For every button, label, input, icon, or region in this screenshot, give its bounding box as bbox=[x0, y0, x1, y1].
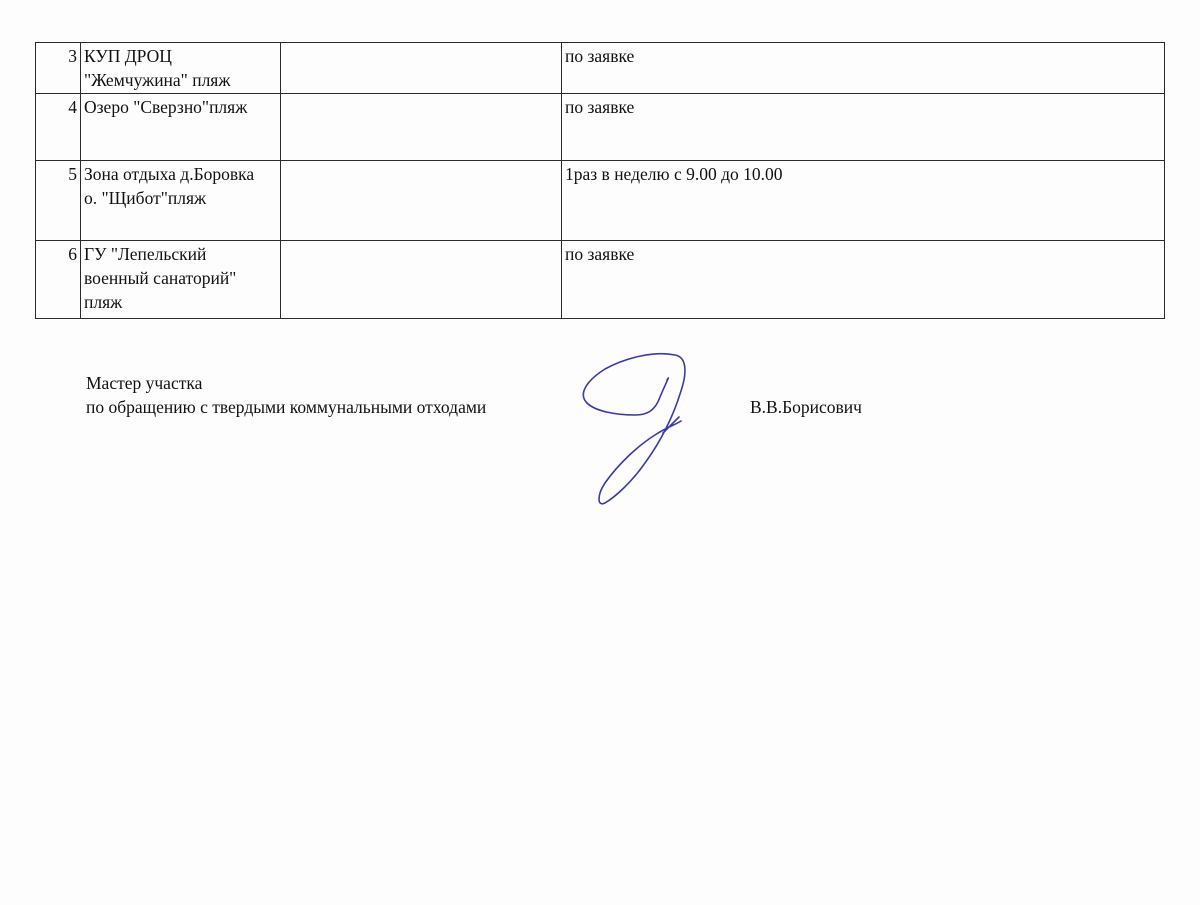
location-line: ГУ "Лепельский bbox=[84, 242, 277, 266]
position-line-1: Мастер участка bbox=[86, 371, 486, 395]
table-row: 5 Зона отдыха д.Боровка о. "Щибот"пляж 1… bbox=[36, 161, 1165, 241]
location-line: Зона отдыха д.Боровка bbox=[84, 162, 277, 186]
location-line: Озеро "Сверзно"пляж bbox=[84, 95, 277, 119]
table-row: 4 Озеро "Сверзно"пляж по заявке bbox=[36, 94, 1165, 161]
row-number: 3 bbox=[36, 43, 81, 94]
row-number: 4 bbox=[36, 94, 81, 161]
location-line: военный санаторий" bbox=[84, 266, 277, 290]
row-number: 5 bbox=[36, 161, 81, 241]
row-schedule: 1раз в неделю с 9.00 до 10.00 bbox=[562, 161, 1165, 241]
row-location: КУП ДРОЦ "Жемчужина" пляж bbox=[81, 43, 281, 94]
row-location: Озеро "Сверзно"пляж bbox=[81, 94, 281, 161]
row-location: ГУ "Лепельский военный санаторий" пляж bbox=[81, 241, 281, 319]
signature-stroke bbox=[583, 354, 685, 504]
handwritten-signature bbox=[575, 345, 705, 515]
position-line-2: по обращению с твердыми коммунальными от… bbox=[86, 395, 486, 419]
row-empty-cell bbox=[281, 43, 562, 94]
row-number: 6 bbox=[36, 241, 81, 319]
location-line: пляж bbox=[84, 290, 277, 314]
row-location: Зона отдыха д.Боровка о. "Щибот"пляж bbox=[81, 161, 281, 241]
signatory-name: В.В.Борисович bbox=[750, 395, 862, 419]
row-empty-cell bbox=[281, 94, 562, 161]
row-schedule: по заявке bbox=[562, 94, 1165, 161]
table-row: 3 КУП ДРОЦ "Жемчужина" пляж по заявке bbox=[36, 43, 1165, 94]
row-schedule: по заявке bbox=[562, 43, 1165, 94]
row-empty-cell bbox=[281, 161, 562, 241]
schedule-table: 3 КУП ДРОЦ "Жемчужина" пляж по заявке 4 … bbox=[35, 42, 1165, 319]
location-line: о. "Щибот"пляж bbox=[84, 186, 277, 210]
row-schedule: по заявке bbox=[562, 241, 1165, 319]
signatory-position: Мастер участка по обращению с твердыми к… bbox=[86, 371, 486, 419]
location-line: "Жемчужина" пляж bbox=[84, 68, 277, 92]
location-line: КУП ДРОЦ bbox=[84, 44, 277, 68]
table-row: 6 ГУ "Лепельский военный санаторий" пляж… bbox=[36, 241, 1165, 319]
row-empty-cell bbox=[281, 241, 562, 319]
